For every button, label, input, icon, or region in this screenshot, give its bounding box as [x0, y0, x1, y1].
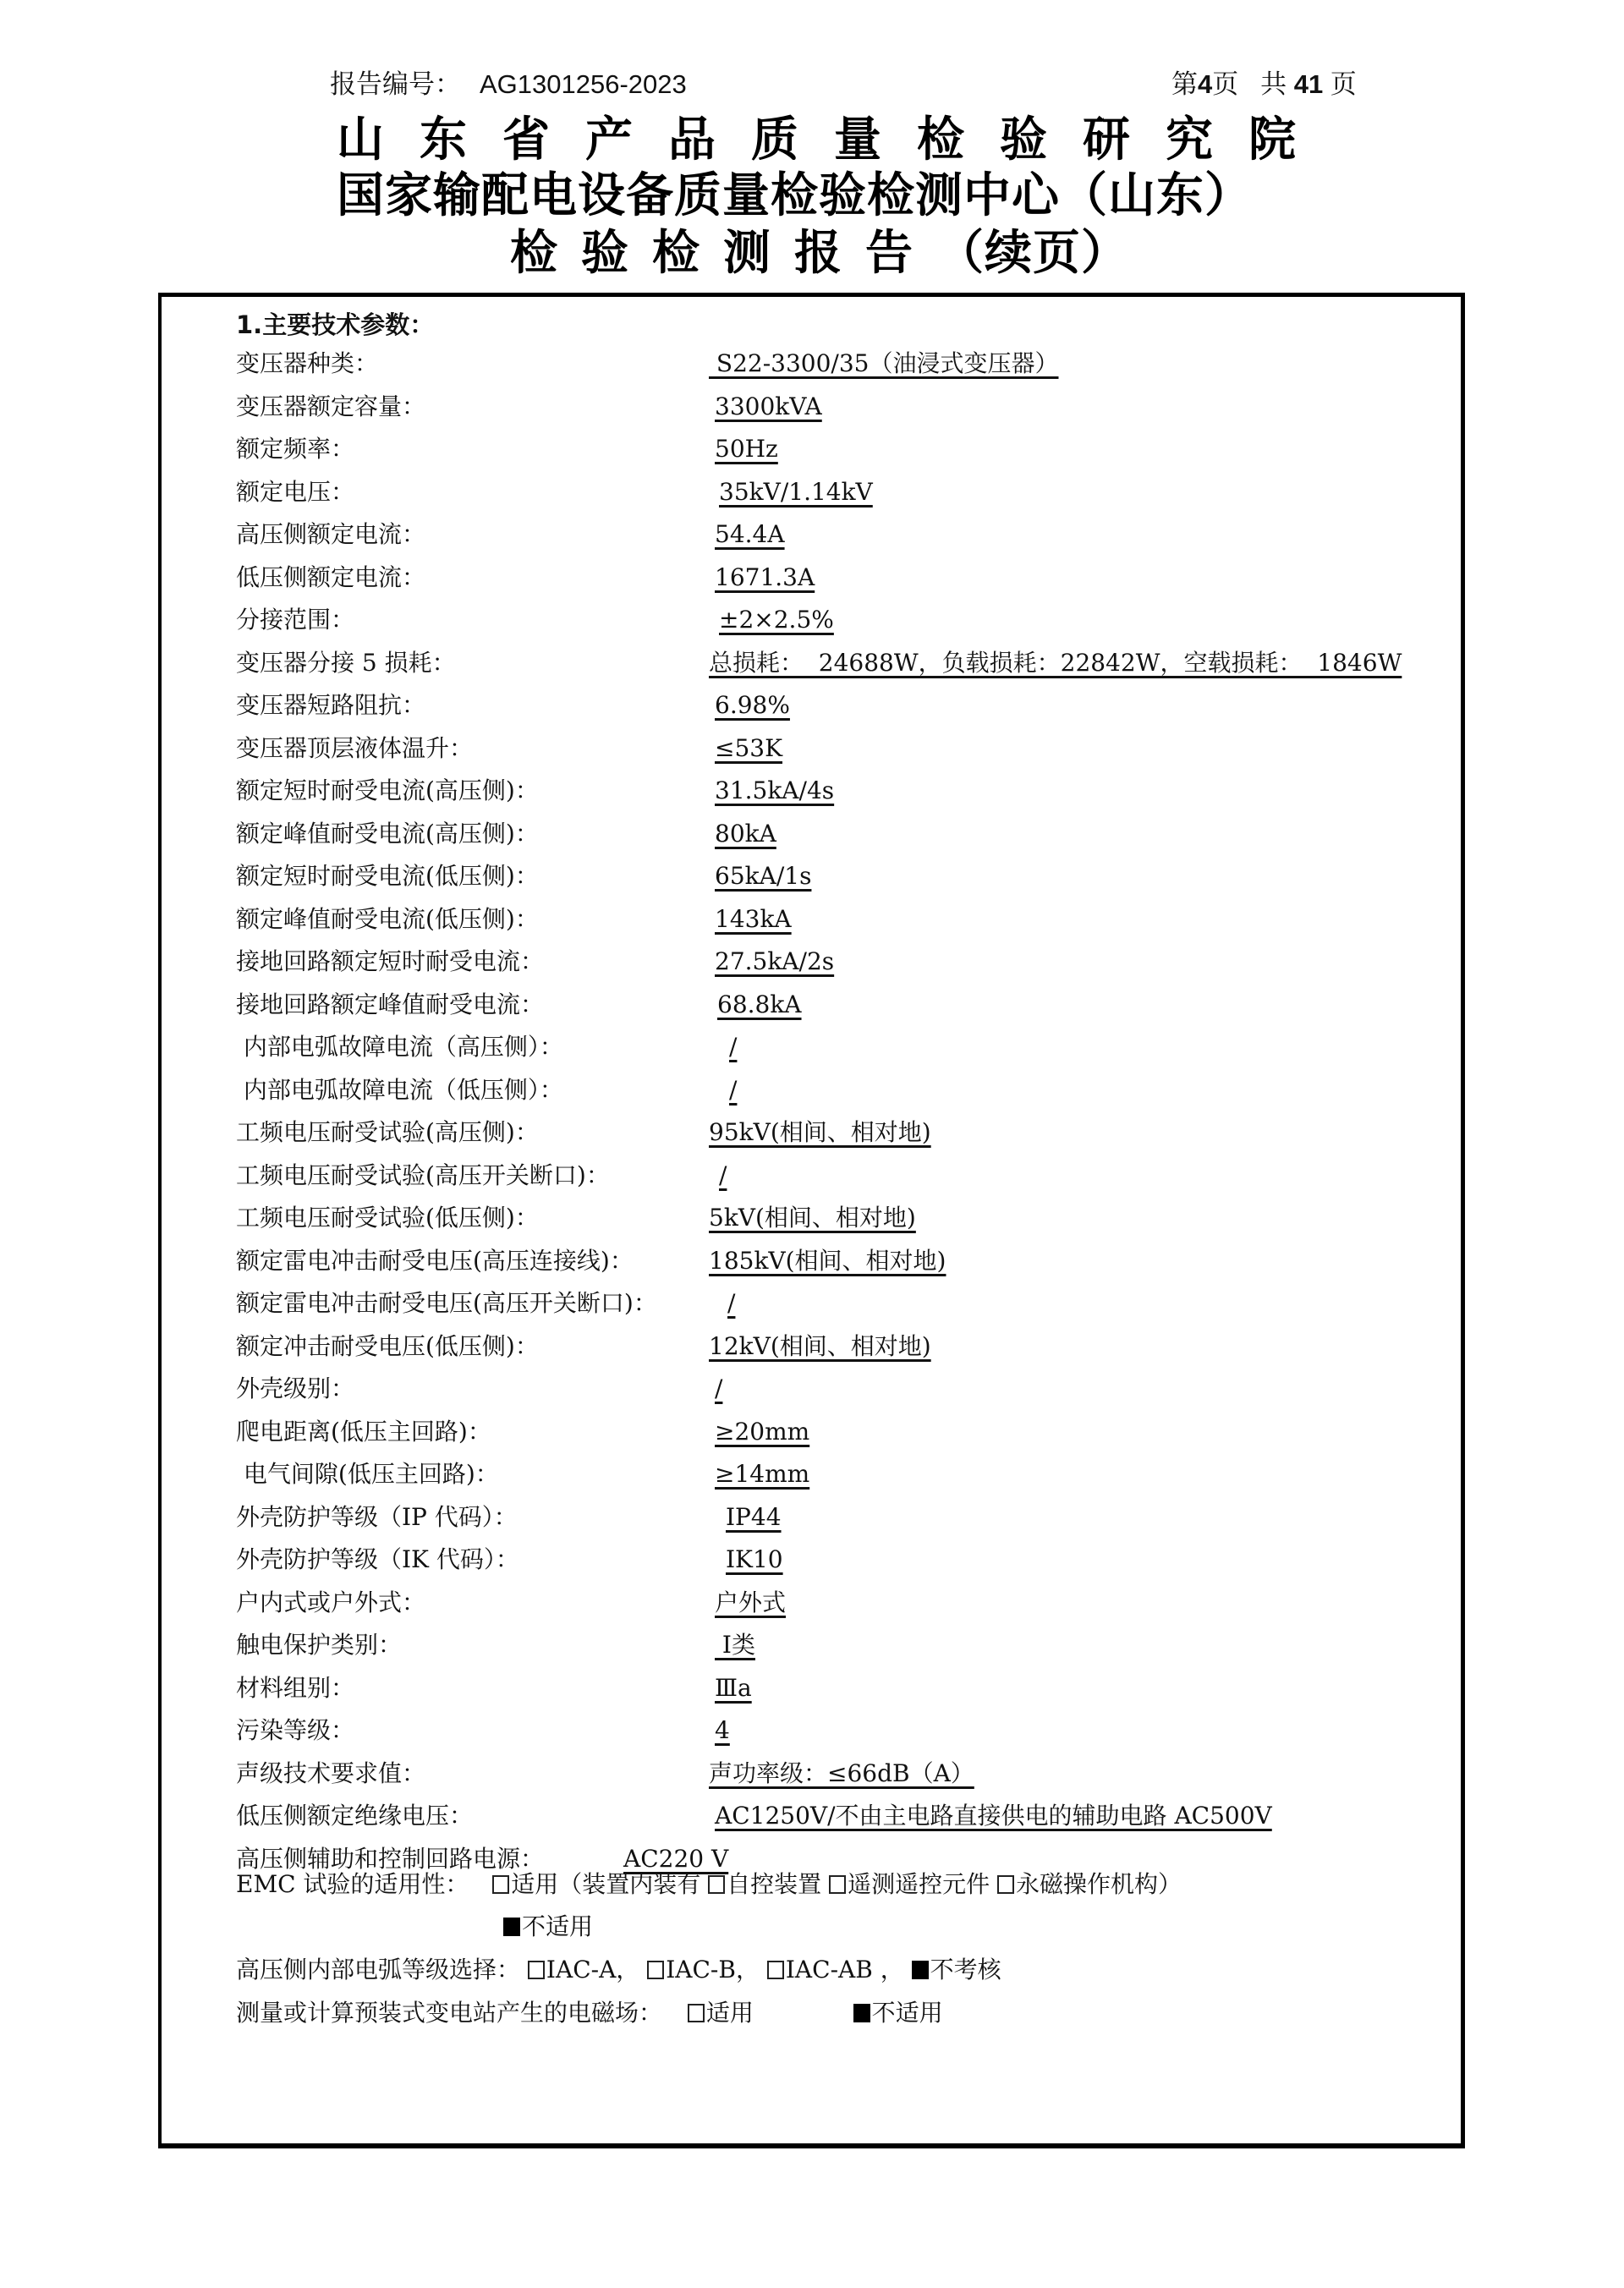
page-suffix: 页 — [1323, 69, 1357, 99]
param-label: 污染等级： — [236, 1714, 354, 1748]
param-label: 接地回路额定峰值耐受电流： — [236, 988, 544, 1022]
report-number-value: AG1301256-2023 — [480, 69, 687, 99]
param-value: S22-3300/35（油浸式变压器） — [709, 347, 1059, 381]
param-label: 内部电弧故障电流（低压侧）： — [236, 1073, 563, 1107]
param-label: 额定峰值耐受电流(低压侧)： — [236, 903, 539, 936]
checkbox-empty-icon — [492, 1875, 509, 1894]
param-value: 185kV(相间、相对地) — [709, 1244, 946, 1278]
param-value: Ⅲa — [715, 1671, 752, 1705]
param-label: 额定冲击耐受电压(低压侧)： — [236, 1330, 539, 1363]
page-current: 4 — [1198, 69, 1212, 99]
emc-option-magnetic[interactable]: 永磁操作机构） — [997, 1870, 1182, 1898]
param-label: 触电保护类别： — [236, 1628, 402, 1662]
checkbox-filled-icon — [503, 1918, 520, 1936]
param-label: 外壳级别： — [236, 1372, 354, 1406]
param-label: 变压器短路阻抗： — [236, 689, 425, 722]
param-value: 35kV/1.14kV — [719, 475, 873, 509]
param-label: 变压器种类： — [236, 347, 378, 381]
param-label: 额定雷电冲击耐受电压(高压开关断口)： — [236, 1287, 657, 1320]
param-label: 分接范围： — [236, 603, 354, 637]
report-title-main: 检验检测报告 — [510, 226, 936, 281]
institute-title: 山东省产品质量检验研究院 — [337, 113, 1331, 167]
param-label: 外壳防护等级（IP 代码）： — [236, 1501, 518, 1534]
param-value: ≥20mm — [715, 1415, 809, 1449]
param-value: 总损耗： 24688W，负载损耗：22842W，空载损耗： 1846W — [709, 646, 1446, 680]
param-value: / — [727, 1287, 735, 1320]
iac-option-b[interactable]: IAC-B， — [647, 1956, 760, 1983]
param-value: AC1250V/不由主电路直接供电的辅助电路 AC500V — [715, 1799, 1272, 1833]
param-value: 3300kVA — [715, 390, 822, 424]
param-value: 12kV(相间、相对地) — [709, 1330, 931, 1363]
param-value: ±2×2.5% — [719, 603, 834, 637]
checkbox-empty-icon — [997, 1875, 1014, 1894]
param-label: 内部电弧故障电流（高压侧）： — [236, 1030, 563, 1064]
param-value: / — [719, 1159, 727, 1193]
param-value: 5kV(相间、相对地) — [709, 1201, 916, 1235]
emc-not-applicable[interactable]: 不适用 — [503, 1910, 593, 1944]
param-label: 低压侧额定绝缘电压： — [236, 1799, 473, 1833]
param-value: ≥14mm — [715, 1457, 809, 1491]
checkbox-empty-icon — [829, 1875, 846, 1894]
param-value: ≤53K — [715, 732, 782, 765]
param-value: / — [715, 1372, 722, 1406]
param-label: 工频电压耐受试验(低压侧)： — [236, 1201, 539, 1235]
param-value: 4 — [715, 1714, 730, 1748]
param-value: 声功率级：≤66dB（A） — [709, 1757, 974, 1791]
param-value: IP44 — [726, 1501, 782, 1534]
center-title: 国家输配电设备质量检验检测中心（山东） — [337, 169, 1253, 223]
param-value: 95kV(相间、相对地) — [709, 1116, 931, 1149]
param-label: 接地回路额定短时耐受电流： — [236, 945, 544, 979]
report-title: 检验检测报告（续页） — [510, 227, 1129, 281]
param-value: 户外式 — [715, 1586, 786, 1620]
iac-label: 高压侧内部电弧等级选择： — [236, 1956, 520, 1983]
param-value: 50Hz — [715, 432, 778, 466]
param-label: 变压器顶层液体温升： — [236, 732, 473, 765]
checkbox-filled-icon — [912, 1961, 929, 1979]
param-value: 143kA — [715, 903, 792, 936]
page-total: 41 — [1294, 69, 1323, 99]
param-label: 额定电压： — [236, 475, 354, 509]
section-heading: 1.主要技术参数： — [236, 306, 434, 341]
emf-option-not-applicable[interactable]: 不适用 — [853, 1999, 943, 2027]
param-label: 工频电压耐受试验(高压侧)： — [236, 1116, 539, 1149]
param-value: Ⅰ类 — [715, 1628, 755, 1662]
iac-option-not-assessed[interactable]: 不考核 — [912, 1956, 1001, 1983]
param-label: 额定频率： — [236, 432, 354, 466]
param-value: 54.4A — [715, 518, 785, 551]
emc-option-autocontrol[interactable]: 自控装置 — [708, 1870, 821, 1898]
param-label: 高压侧额定电流： — [236, 518, 425, 551]
page-indicator: 第4页 共 41 页 — [1171, 63, 1357, 101]
param-value: 68.8kA — [717, 988, 802, 1022]
param-label: 低压侧额定电流： — [236, 561, 425, 595]
param-value: 6.98% — [715, 689, 790, 722]
checkbox-empty-icon — [767, 1961, 784, 1979]
param-label: 材料组别： — [236, 1671, 354, 1705]
emf-option-applicable[interactable]: 适用 — [688, 1999, 754, 2027]
param-label: 工频电压耐受试验(高压开关断口)： — [236, 1159, 610, 1193]
param-label: 外壳防护等级（IK 代码）： — [236, 1543, 519, 1577]
param-label: 变压器额定容量： — [236, 390, 425, 424]
param-value: 80kA — [715, 817, 776, 851]
page-mid: 页 共 — [1212, 69, 1293, 99]
param-value: / — [729, 1030, 737, 1064]
iac-option-a[interactable]: IAC-A， — [528, 1956, 639, 1983]
checkbox-empty-icon — [528, 1961, 545, 1979]
param-label: 额定雷电冲击耐受电压(高压连接线)： — [236, 1244, 634, 1278]
report-number: 报告编号：AG1301256-2023 — [330, 63, 687, 101]
param-value: 27.5kA/2s — [715, 945, 834, 979]
emf-row: 测量或计算预装式变电站产生的电磁场： 适用 不适用 — [236, 1996, 943, 2030]
param-value: IK10 — [726, 1543, 783, 1577]
page-prefix: 第 — [1171, 69, 1198, 99]
param-value: 1671.3A — [715, 561, 815, 595]
emc-label: EMC 试验的适用性： — [236, 1870, 469, 1898]
checkbox-empty-icon — [688, 2004, 705, 2022]
param-label: 额定短时耐受电流(高压侧)： — [236, 774, 539, 808]
param-label: 户内式或户外式： — [236, 1586, 425, 1620]
emf-label: 测量或计算预装式变电站产生的电磁场： — [236, 1999, 662, 2027]
param-label: 声级技术要求值： — [236, 1757, 425, 1791]
param-value: 31.5kA/4s — [715, 774, 834, 808]
param-label: 额定短时耐受电流(低压侧)： — [236, 859, 539, 893]
param-value: 65kA/1s — [715, 859, 811, 893]
checkbox-filled-icon — [853, 2004, 870, 2022]
param-label: 电气间隙(低压主回路)： — [236, 1457, 499, 1491]
iac-option-ab[interactable]: IAC-AB ， — [767, 1956, 904, 1983]
report-number-label: 报告编号： — [330, 69, 461, 99]
report-title-suffix: （续页） — [936, 226, 1129, 281]
param-label: 变压器分接 5 损耗： — [236, 646, 456, 680]
param-value: / — [729, 1073, 737, 1107]
param-label: 爬电距离(低压主回路)： — [236, 1415, 491, 1449]
checkbox-empty-icon — [708, 1875, 725, 1894]
emc-option-telecontrol[interactable]: 遥测遥控元件 — [829, 1870, 990, 1898]
iac-class-row: 高压侧内部电弧等级选择： IAC-A， IAC-B， IAC-AB ， 不考核 — [236, 1953, 1001, 1987]
emc-option-applicable[interactable]: 适用（装置内装有 — [492, 1870, 700, 1898]
emc-applicability-row: EMC 试验的适用性： 适用（装置内装有 自控装置 遥测遥控元件 永磁操作机构） — [236, 1868, 1182, 1901]
checkbox-empty-icon — [647, 1961, 664, 1979]
param-label: 额定峰值耐受电流(高压侧)： — [236, 817, 539, 851]
